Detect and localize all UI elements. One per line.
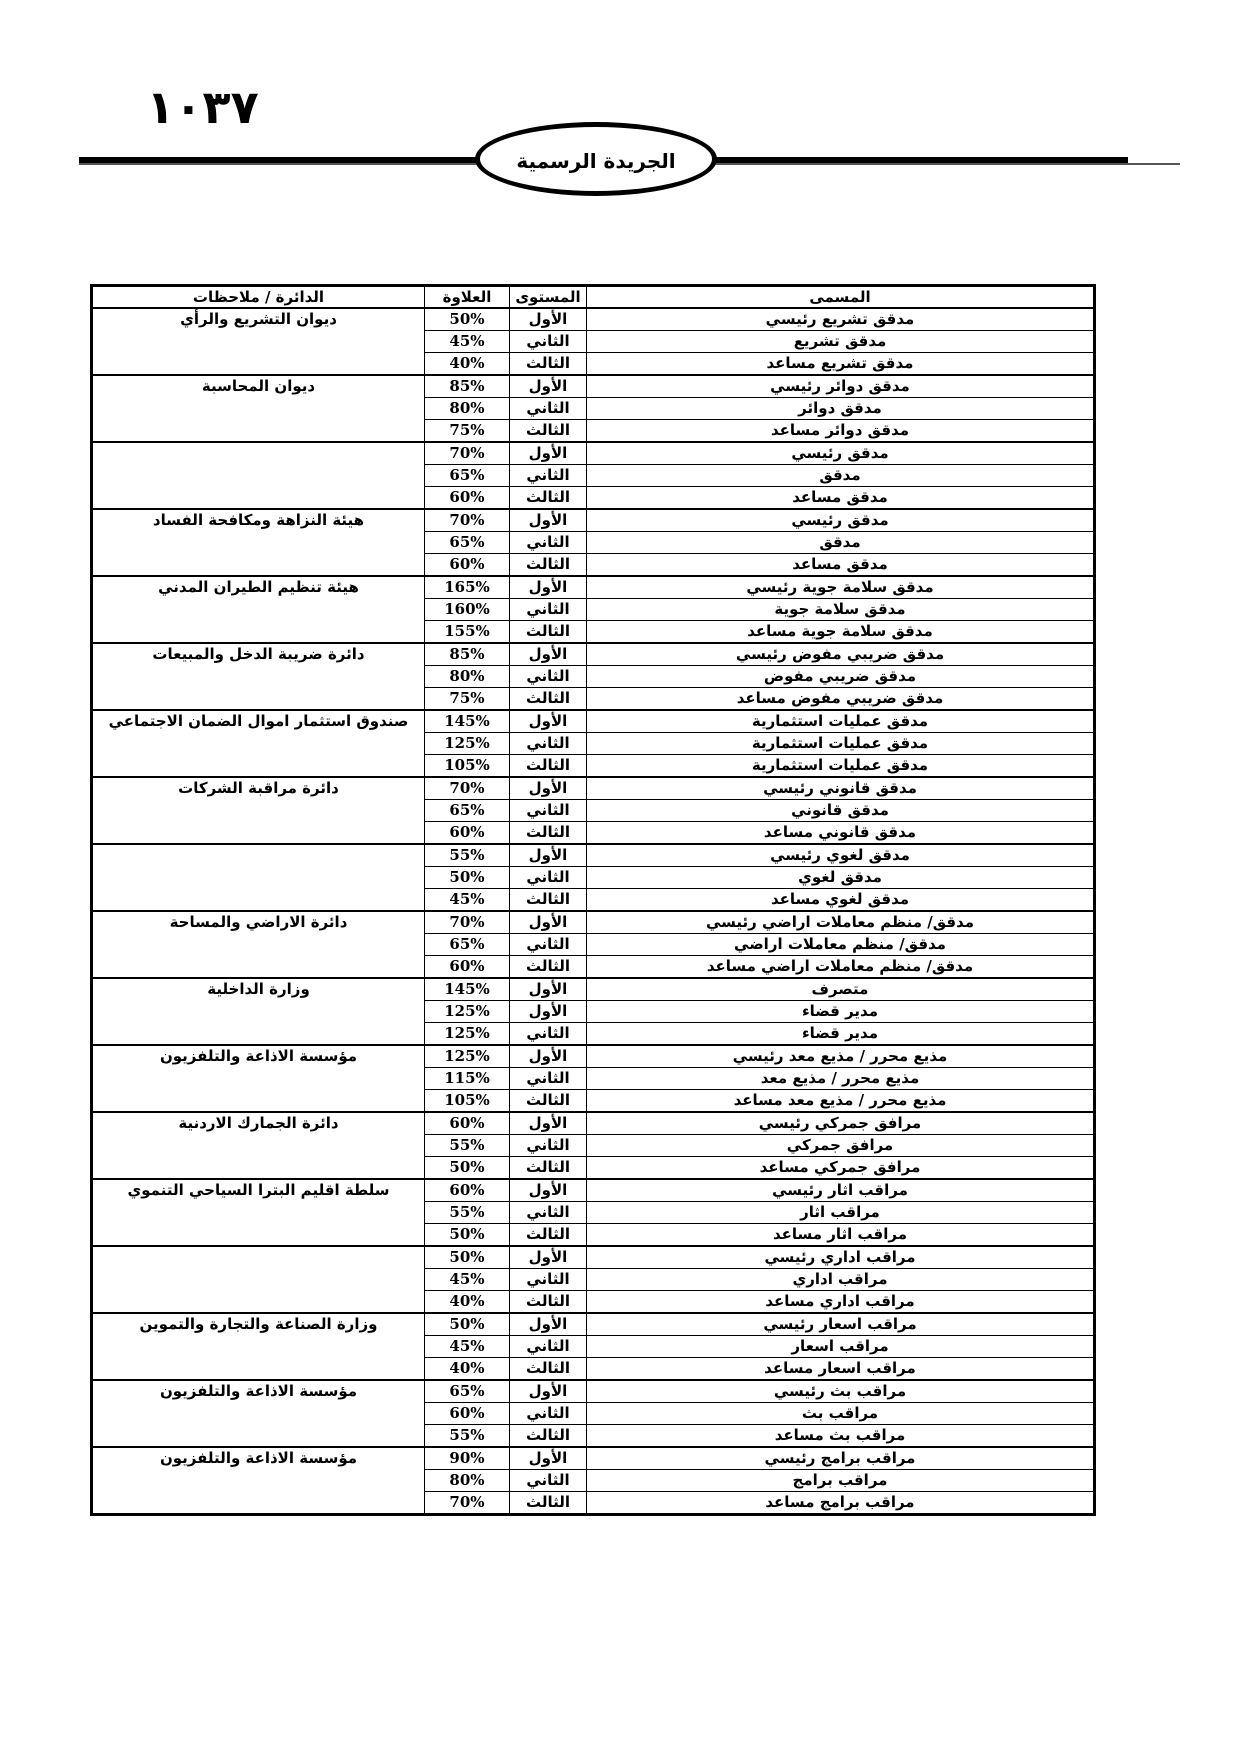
- level-cell: الثاني: [510, 599, 587, 621]
- allowance-cell: 70%: [425, 777, 510, 800]
- allowance-cell: 60%: [425, 956, 510, 979]
- level-cell: الثاني: [510, 1470, 587, 1492]
- level-cell: الثالث: [510, 1224, 587, 1247]
- department-cell: دائرة الجمارك الاردنية: [92, 1112, 425, 1179]
- level-cell: الثالث: [510, 1291, 587, 1314]
- department-cell: مؤسسة الاذاعة والتلفزيون: [92, 1380, 425, 1447]
- department-cell: وزارة الداخلية: [92, 978, 425, 1045]
- allowance-cell: 125%: [425, 1001, 510, 1023]
- title-cell: مدقق: [587, 465, 1095, 487]
- gazette-banner: الجريدة الرسمية: [475, 122, 717, 196]
- allowance-cell: 65%: [425, 934, 510, 956]
- allowance-cell: 115%: [425, 1068, 510, 1090]
- level-cell: الثاني: [510, 934, 587, 956]
- title-cell: مراقب اسعار: [587, 1336, 1095, 1358]
- title-cell: مرافق جمركي رئيسي: [587, 1112, 1095, 1135]
- table-row: مراقب برامج رئيسيالأول90%مؤسسة الاذاعة و…: [92, 1447, 1095, 1470]
- title-cell: مدقق تشريع رئيسي: [587, 308, 1095, 331]
- level-cell: الثاني: [510, 331, 587, 353]
- level-cell: الثاني: [510, 867, 587, 889]
- level-cell: الثالث: [510, 1358, 587, 1381]
- allowance-cell: 70%: [425, 1492, 510, 1515]
- department-cell: ديوان التشريع والرأي: [92, 308, 425, 375]
- allowance-cell: 50%: [425, 1246, 510, 1269]
- table-row: مرافق جمركي رئيسيالأول60%دائرة الجمارك ا…: [92, 1112, 1095, 1135]
- level-cell: الثاني: [510, 532, 587, 554]
- department-cell: ديوان المحاسبة: [92, 375, 425, 442]
- level-cell: الأول: [510, 1045, 587, 1068]
- gazette-page: ١٠٣٧ الجريدة الرسمية المسمى المستوى العل…: [0, 0, 1241, 1755]
- title-cell: مدقق ضريبي مفوض مساعد: [587, 688, 1095, 711]
- department-cell: مؤسسة الاذاعة والتلفزيون: [92, 1447, 425, 1515]
- table-row: مدقق رئيسيالأول70%: [92, 442, 1095, 465]
- level-cell: الثالث: [510, 688, 587, 711]
- level-cell: الثالث: [510, 353, 587, 376]
- title-cell: مدقق: [587, 532, 1095, 554]
- allowance-cell: 65%: [425, 1380, 510, 1403]
- title-cell: مدقق سلامة جوية: [587, 599, 1095, 621]
- allowance-cell: 70%: [425, 509, 510, 532]
- level-cell: الأول: [510, 1313, 587, 1336]
- allowance-cell: 70%: [425, 911, 510, 934]
- allowance-cell: 65%: [425, 800, 510, 822]
- level-cell: الثالث: [510, 1425, 587, 1448]
- level-cell: الثاني: [510, 398, 587, 420]
- allowance-cell: 40%: [425, 1291, 510, 1314]
- department-cell: وزارة الصناعة والتجارة والتموين: [92, 1313, 425, 1380]
- title-cell: مدقق لغوي رئيسي: [587, 844, 1095, 867]
- level-cell: الثالث: [510, 889, 587, 912]
- allowance-cell: 125%: [425, 1023, 510, 1046]
- allowance-cell: 70%: [425, 442, 510, 465]
- title-cell: متصرف: [587, 978, 1095, 1001]
- title-cell: مراقب بث: [587, 1403, 1095, 1425]
- title-cell: مدقق ضريبي مفوض رئيسي: [587, 643, 1095, 666]
- department-cell: دائرة مراقبة الشركات: [92, 777, 425, 844]
- allowance-cell: 55%: [425, 1425, 510, 1448]
- level-cell: الأول: [510, 308, 587, 331]
- allowance-column-header: العلاوة: [425, 286, 510, 309]
- title-cell: مدقق دوائر رئيسي: [587, 375, 1095, 398]
- title-cell: مدقق عمليات استثمارية: [587, 733, 1095, 755]
- level-cell: الثاني: [510, 1202, 587, 1224]
- level-cell: الأول: [510, 1112, 587, 1135]
- page-number: ١٠٣٧: [130, 82, 275, 133]
- table-row: مدقق رئيسيالأول70%هيئة النزاهة ومكافحة ا…: [92, 509, 1095, 532]
- table-row: متصرفالأول145%وزارة الداخلية: [92, 978, 1095, 1001]
- title-cell: مدقق ضريبي مفوض: [587, 666, 1095, 688]
- level-cell: الثاني: [510, 1269, 587, 1291]
- allowance-cell: 50%: [425, 1224, 510, 1247]
- title-cell: مذيع محرر / مذيع معد: [587, 1068, 1095, 1090]
- allowance-cell: 60%: [425, 487, 510, 510]
- title-cell: مدقق رئيسي: [587, 442, 1095, 465]
- allowance-cell: 60%: [425, 1179, 510, 1202]
- table-row: مدقق/ منظم معاملات اراضي رئيسيالأول70%دا…: [92, 911, 1095, 934]
- level-cell: الأول: [510, 1179, 587, 1202]
- allowance-cell: 60%: [425, 554, 510, 577]
- allowance-cell: 60%: [425, 1403, 510, 1425]
- level-cell: الثاني: [510, 666, 587, 688]
- level-cell: الأول: [510, 1447, 587, 1470]
- department-cell: [92, 1246, 425, 1313]
- level-cell: الأول: [510, 643, 587, 666]
- table-row: مدقق سلامة جوية رئيسيالأول165%هيئة تنظيم…: [92, 576, 1095, 599]
- level-cell: الثاني: [510, 1135, 587, 1157]
- allowance-cell: 125%: [425, 1045, 510, 1068]
- table-row: مدقق لغوي رئيسيالأول55%: [92, 844, 1095, 867]
- title-cell: مراقب بث مساعد: [587, 1425, 1095, 1448]
- allowance-cell: 85%: [425, 643, 510, 666]
- title-cell: مرافق جمركي مساعد: [587, 1157, 1095, 1180]
- allowance-cell: 80%: [425, 1470, 510, 1492]
- title-cell: مراقب اسعار رئيسي: [587, 1313, 1095, 1336]
- department-cell: صندوق استثمار اموال الضمان الاجتماعي: [92, 710, 425, 777]
- level-cell: الثالث: [510, 1157, 587, 1180]
- table-row: مراقب اسعار رئيسيالأول50%وزارة الصناعة و…: [92, 1313, 1095, 1336]
- level-cell: الثاني: [510, 1336, 587, 1358]
- title-cell: مدقق/ منظم معاملات اراضي رئيسي: [587, 911, 1095, 934]
- department-cell: [92, 844, 425, 911]
- level-cell: الثاني: [510, 1403, 587, 1425]
- level-column-header: المستوى: [510, 286, 587, 309]
- table-row: مدقق قانوني رئيسيالأول70%دائرة مراقبة ال…: [92, 777, 1095, 800]
- allowance-cell: 45%: [425, 889, 510, 912]
- department-cell: سلطة اقليم البترا السياحي التنموي: [92, 1179, 425, 1246]
- title-cell: مراقب بث رئيسي: [587, 1380, 1095, 1403]
- level-cell: الثاني: [510, 1068, 587, 1090]
- department-cell: مؤسسة الاذاعة والتلفزيون: [92, 1045, 425, 1112]
- allowance-cell: 40%: [425, 353, 510, 376]
- title-cell: مراقب برامج: [587, 1470, 1095, 1492]
- level-cell: الثالث: [510, 621, 587, 644]
- allowance-cell: 160%: [425, 599, 510, 621]
- allowance-cell: 80%: [425, 398, 510, 420]
- title-cell: مذيع محرر / مذيع معد رئيسي: [587, 1045, 1095, 1068]
- allowance-cell: 45%: [425, 331, 510, 353]
- level-cell: الأول: [510, 710, 587, 733]
- level-cell: الثاني: [510, 1023, 587, 1046]
- title-cell: مدقق سلامة جوية رئيسي: [587, 576, 1095, 599]
- title-cell: مدقق لغوي: [587, 867, 1095, 889]
- title-cell: مراقب اداري: [587, 1269, 1095, 1291]
- level-cell: الثالث: [510, 1492, 587, 1515]
- allowance-cell: 50%: [425, 308, 510, 331]
- title-cell: مدقق قانوني مساعد: [587, 822, 1095, 845]
- allowance-table: المسمى المستوى العلاوة الدائرة / ملاحظات…: [90, 284, 1096, 1516]
- title-cell: مدقق قانوني: [587, 800, 1095, 822]
- allowance-cell: 40%: [425, 1358, 510, 1381]
- allowance-cell: 65%: [425, 465, 510, 487]
- title-cell: مراقب اثار رئيسي: [587, 1179, 1095, 1202]
- level-cell: الثالث: [510, 755, 587, 778]
- title-cell: مراقب برامج مساعد: [587, 1492, 1095, 1515]
- title-cell: مرافق جمركي: [587, 1135, 1095, 1157]
- level-cell: الثالث: [510, 1090, 587, 1113]
- department-cell: هيئة النزاهة ومكافحة الفساد: [92, 509, 425, 576]
- allowance-cell: 75%: [425, 688, 510, 711]
- table-row: مدقق ضريبي مفوض رئيسيالأول85%دائرة ضريبة…: [92, 643, 1095, 666]
- title-cell: مراقب اداري مساعد: [587, 1291, 1095, 1314]
- title-cell: مدقق دوائر: [587, 398, 1095, 420]
- department-cell: هيئة تنظيم الطيران المدني: [92, 576, 425, 643]
- allowance-cell: 50%: [425, 1313, 510, 1336]
- allowance-cell: 105%: [425, 755, 510, 778]
- title-cell: مدقق عمليات استثمارية: [587, 755, 1095, 778]
- allowance-cell: 145%: [425, 978, 510, 1001]
- allowance-cell: 125%: [425, 733, 510, 755]
- allowance-cell: 65%: [425, 532, 510, 554]
- department-cell: دائرة الاراضي والمساحة: [92, 911, 425, 978]
- level-cell: الثالث: [510, 487, 587, 510]
- title-cell: مدقق تشريع مساعد: [587, 353, 1095, 376]
- table-row: مدقق تشريع رئيسيالأول50%ديوان التشريع وا…: [92, 308, 1095, 331]
- table-row: مراقب اثار رئيسيالأول60%سلطة اقليم البتر…: [92, 1179, 1095, 1202]
- allowance-cell: 165%: [425, 576, 510, 599]
- title-cell: مدقق قانوني رئيسي: [587, 777, 1095, 800]
- title-cell: مدقق سلامة جوية مساعد: [587, 621, 1095, 644]
- title-cell: مدقق مساعد: [587, 487, 1095, 510]
- title-cell: مدقق لغوي مساعد: [587, 889, 1095, 912]
- table-row: مراقب اداري رئيسيالأول50%: [92, 1246, 1095, 1269]
- title-cell: مدير قضاء: [587, 1001, 1095, 1023]
- allowance-cell: 155%: [425, 621, 510, 644]
- allowance-cell: 45%: [425, 1336, 510, 1358]
- allowance-cell: 60%: [425, 1112, 510, 1135]
- allowance-cell: 90%: [425, 1447, 510, 1470]
- level-cell: الأول: [510, 576, 587, 599]
- title-cell: مدقق مساعد: [587, 554, 1095, 577]
- allowance-cell: 80%: [425, 666, 510, 688]
- level-cell: الثالث: [510, 420, 587, 443]
- title-cell: مراقب برامج رئيسي: [587, 1447, 1095, 1470]
- department-column-header: الدائرة / ملاحظات: [92, 286, 425, 309]
- title-cell: مراقب اداري رئيسي: [587, 1246, 1095, 1269]
- allowance-cell: 105%: [425, 1090, 510, 1113]
- title-cell: مدقق/ منظم معاملات اراضي: [587, 934, 1095, 956]
- allowance-cell: 55%: [425, 1202, 510, 1224]
- level-cell: الثاني: [510, 800, 587, 822]
- title-cell: مدير قضاء: [587, 1023, 1095, 1046]
- table-row: مذيع محرر / مذيع معد رئيسيالأول125%مؤسسة…: [92, 1045, 1095, 1068]
- allowance-cell: 50%: [425, 1157, 510, 1180]
- level-cell: الأول: [510, 911, 587, 934]
- allowance-cell: 55%: [425, 1135, 510, 1157]
- level-cell: الثالث: [510, 822, 587, 845]
- table-row: مدقق دوائر رئيسيالأول85%ديوان المحاسبة: [92, 375, 1095, 398]
- allowance-cell: 85%: [425, 375, 510, 398]
- allowance-cell: 60%: [425, 822, 510, 845]
- title-cell: مدقق رئيسي: [587, 509, 1095, 532]
- table-row: مراقب بث رئيسيالأول65%مؤسسة الاذاعة والت…: [92, 1380, 1095, 1403]
- allowance-cell: 75%: [425, 420, 510, 443]
- allowance-table-body: مدقق تشريع رئيسيالأول50%ديوان التشريع وا…: [92, 308, 1095, 1515]
- department-cell: [92, 442, 425, 509]
- level-cell: الثاني: [510, 733, 587, 755]
- level-cell: الثالث: [510, 956, 587, 979]
- table-row: مدقق عمليات استثماريةالأول145%صندوق استث…: [92, 710, 1095, 733]
- level-cell: الثاني: [510, 465, 587, 487]
- level-cell: الأول: [510, 844, 587, 867]
- title-cell: مراقب اسعار مساعد: [587, 1358, 1095, 1381]
- level-cell: الثالث: [510, 554, 587, 577]
- allowance-cell: 50%: [425, 867, 510, 889]
- title-cell: مدقق/ منظم معاملات اراضي مساعد: [587, 956, 1095, 979]
- table-header-row: المسمى المستوى العلاوة الدائرة / ملاحظات: [92, 286, 1095, 309]
- title-cell: مذيع محرر / مذيع معد مساعد: [587, 1090, 1095, 1113]
- allowance-cell: 55%: [425, 844, 510, 867]
- level-cell: الأول: [510, 978, 587, 1001]
- title-column-header: المسمى: [587, 286, 1095, 309]
- gazette-banner-label: الجريدة الرسمية: [516, 145, 675, 173]
- level-cell: الأول: [510, 509, 587, 532]
- allowance-cell: 145%: [425, 710, 510, 733]
- level-cell: الأول: [510, 777, 587, 800]
- allowance-cell: 45%: [425, 1269, 510, 1291]
- title-cell: مدقق عمليات استثمارية: [587, 710, 1095, 733]
- title-cell: مراقب اثار: [587, 1202, 1095, 1224]
- level-cell: الأول: [510, 1001, 587, 1023]
- department-cell: دائرة ضريبة الدخل والمبيعات: [92, 643, 425, 710]
- title-cell: مدقق دوائر مساعد: [587, 420, 1095, 443]
- title-cell: مراقب اثار مساعد: [587, 1224, 1095, 1247]
- level-cell: الأول: [510, 375, 587, 398]
- level-cell: الأول: [510, 1246, 587, 1269]
- title-cell: مدقق تشريع: [587, 331, 1095, 353]
- level-cell: الأول: [510, 1380, 587, 1403]
- level-cell: الأول: [510, 442, 587, 465]
